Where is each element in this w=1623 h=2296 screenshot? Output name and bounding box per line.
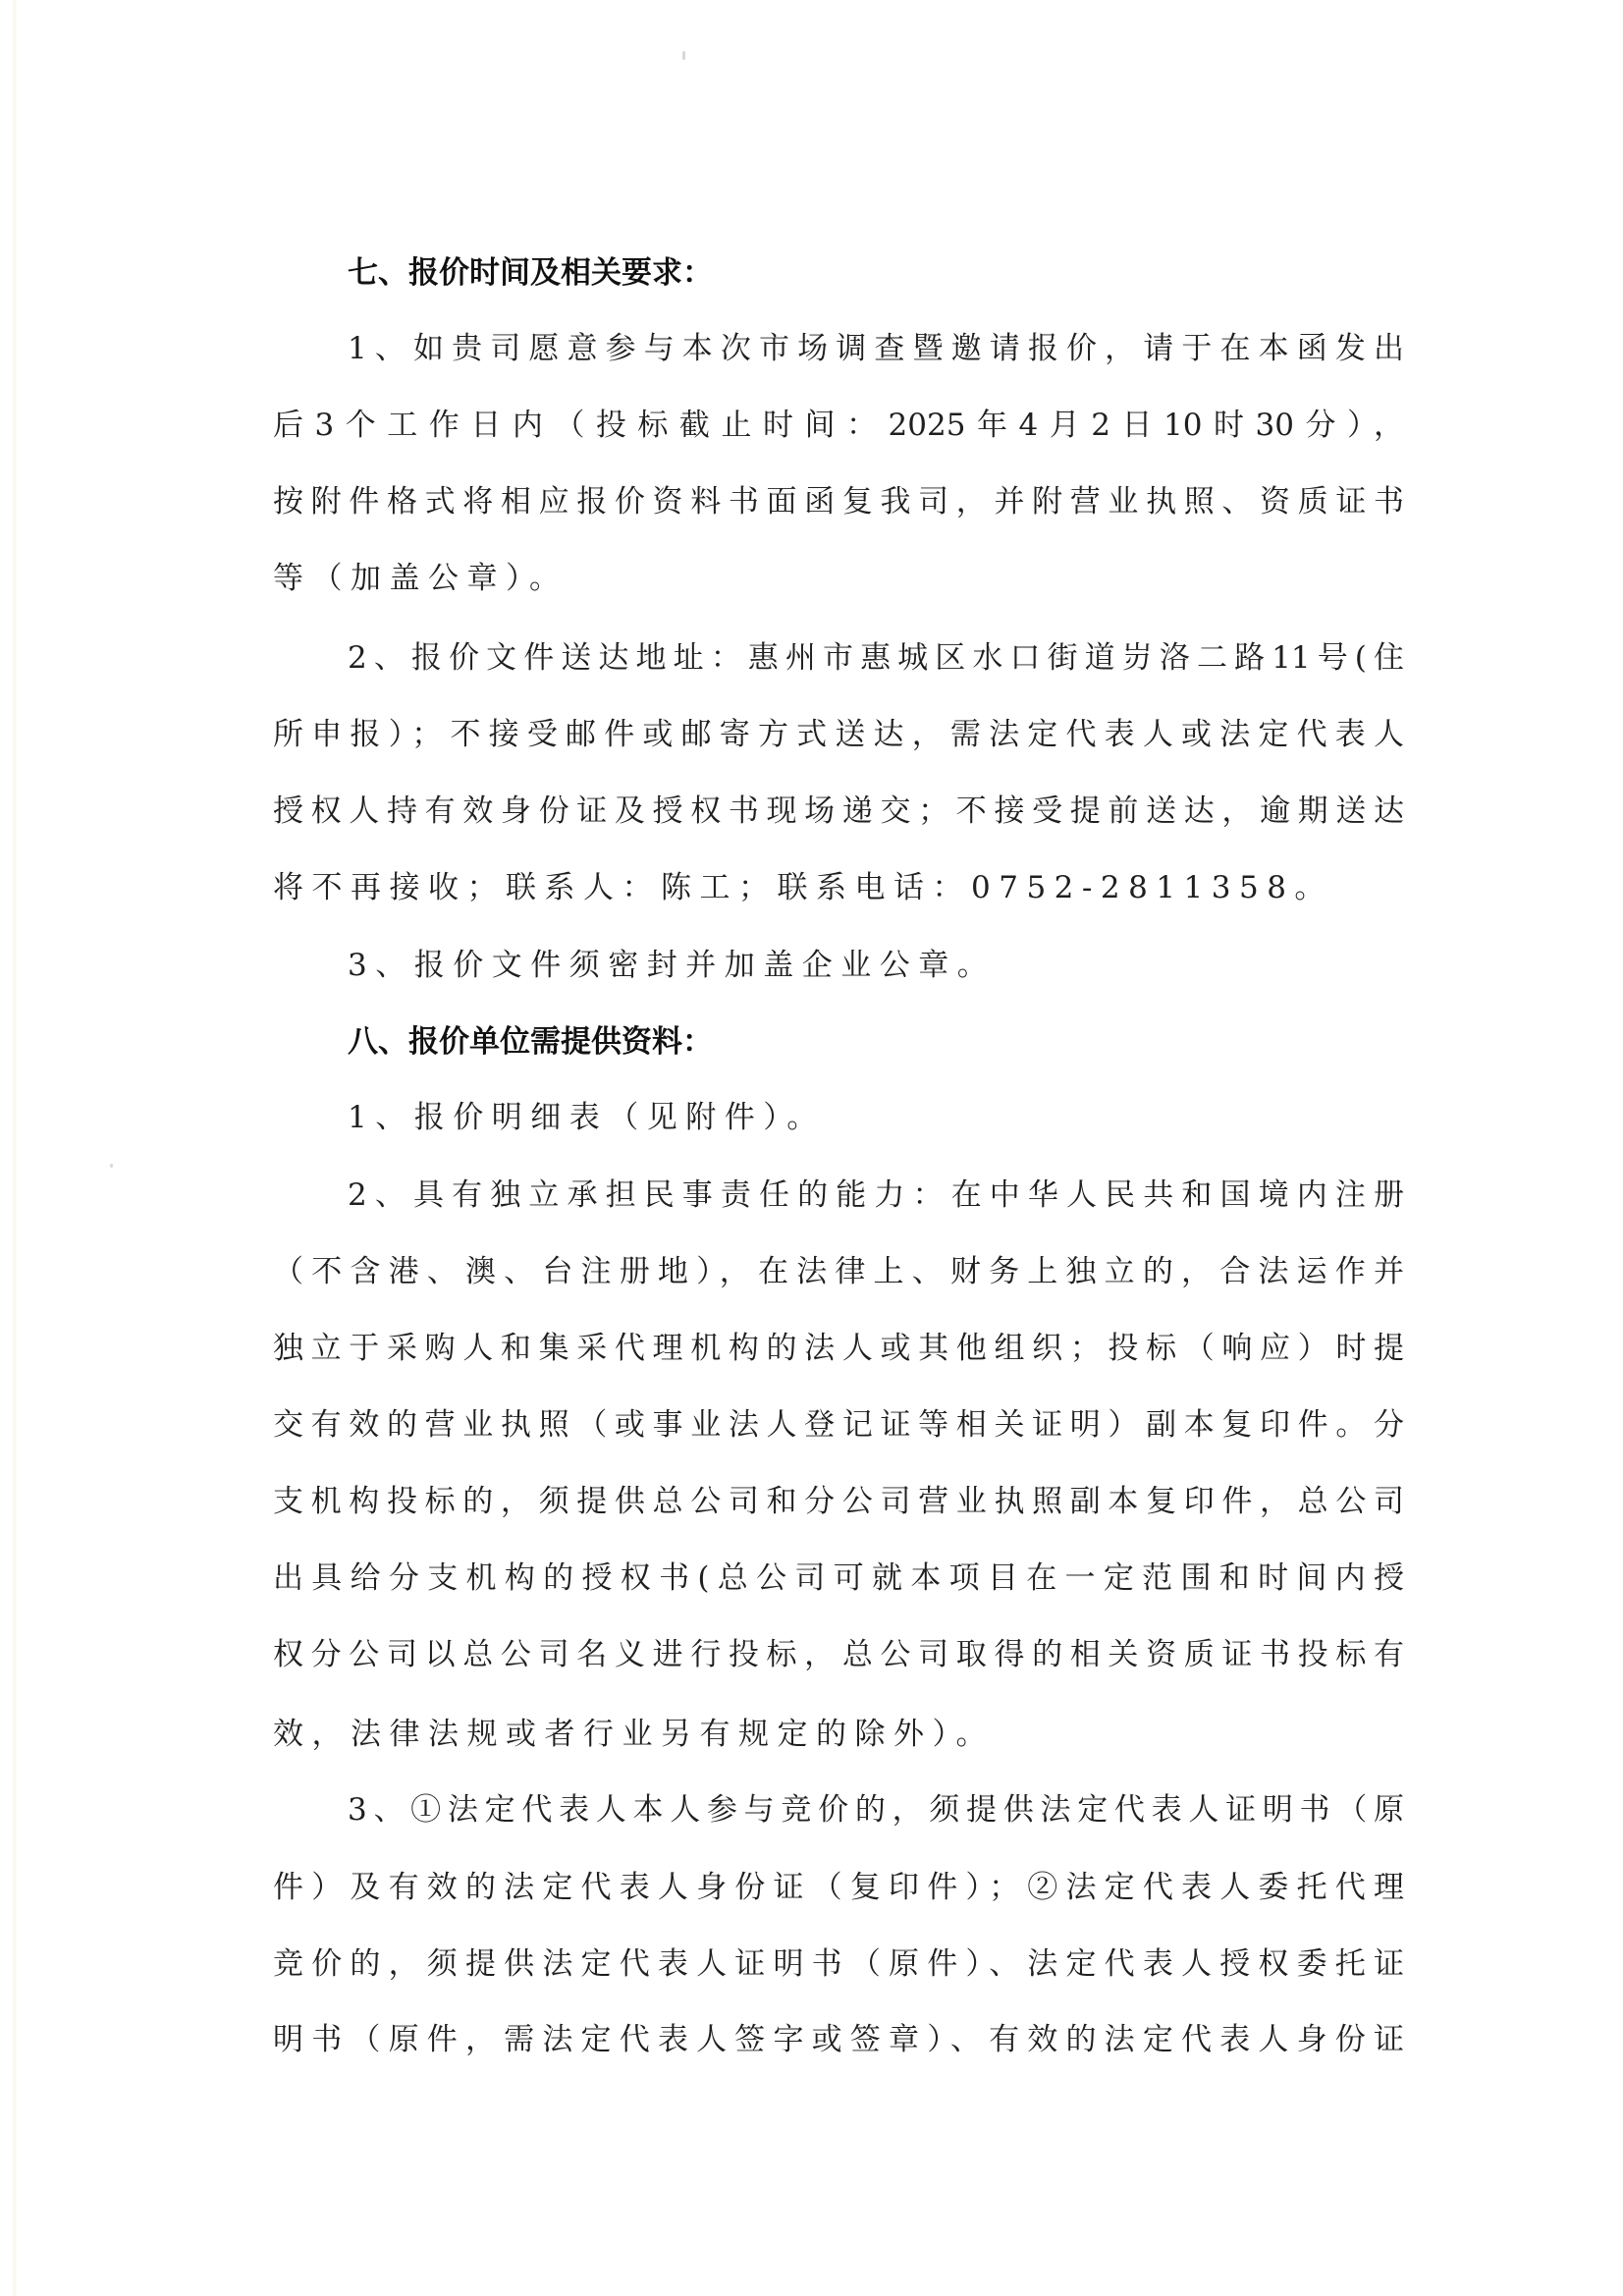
paragraph-line: 将不再接收；联系人：陈工；联系电话：0752-2811358。 xyxy=(273,868,1404,907)
paragraph-line: 所申报）；不接受邮件或邮寄方式送达，需法定代表人或法定代表人 xyxy=(273,715,1404,754)
paragraph-line: 3、①法定代表人本人参与竞价的，须提供法定代表人证明书（原 xyxy=(348,1790,1404,1830)
scan-speck-artifact xyxy=(110,1164,113,1168)
scan-edge-artifact xyxy=(12,0,18,2296)
paragraph-line: 等（加盖公章）。 xyxy=(273,559,1404,598)
paragraph-line: 授权人持有效身份证及授权书现场递交；不接受提前送达，逾期送达 xyxy=(273,792,1404,831)
paragraph-line: 竞价的，须提供法定代表人证明书（原件）、法定代表人授权委托证 xyxy=(273,1944,1404,1984)
paragraph-line: 交有效的营业执照（或事业法人登记证等相关证明）副本复印件。分 xyxy=(273,1405,1404,1445)
section-heading: 七、报价时间及相关要求： xyxy=(348,253,1404,293)
paragraph-line: 3、报价文件须密封并加盖企业公章。 xyxy=(348,946,1404,985)
paragraph-line: 权分公司以总公司名义进行投标，总公司取得的相关资质证书投标有 xyxy=(273,1635,1404,1674)
paragraph-line: 件）及有效的法定代表人身份证（复印件）；②法定代表人委托代理 xyxy=(273,1868,1404,1907)
paragraph-line: 出具给分支机构的授权书(总公司可就本项目在一定范围和时间内授 xyxy=(273,1558,1404,1598)
paragraph-line: （不含港、澳、台注册地），在法律上、财务上独立的，合法运作并 xyxy=(273,1252,1404,1291)
paragraph-line: 1、报价明细表（见附件）。 xyxy=(348,1098,1404,1137)
paragraph-line: 效，法律法规或者行业另有规定的除外）。 xyxy=(273,1715,1404,1754)
paragraph-line: 后3个工作日内（投标截止时间：2025年4月2日10时30分）， xyxy=(273,406,1404,445)
paragraph-line: 独立于采购人和集采代理机构的法人或其他组织；投标（响应）时提 xyxy=(273,1329,1404,1368)
scan-speck-artifact xyxy=(682,51,685,60)
section-heading: 八、报价单位需提供资料： xyxy=(348,1022,1404,1062)
paragraph-line: 明书（原件，需法定代表人签字或签章）、有效的法定代表人身份证 xyxy=(273,2020,1404,2059)
paragraph-line: 2、具有独立承担民事责任的能力：在中华人民共和国境内注册 xyxy=(348,1175,1404,1215)
paragraph-line: 2、报价文件送达地址：惠州市惠城区水口街道岃洛二路11号(住 xyxy=(348,638,1404,678)
paragraph-line: 支机构投标的，须提供总公司和分公司营业执照副本复印件，总公司 xyxy=(273,1482,1404,1521)
paragraph-line: 1、如贵司愿意参与本次市场调查暨邀请报价，请于在本函发出 xyxy=(348,329,1404,368)
paragraph-line: 按附件格式将相应报价资料书面函复我司，并附营业执照、资质证书 xyxy=(273,482,1404,521)
